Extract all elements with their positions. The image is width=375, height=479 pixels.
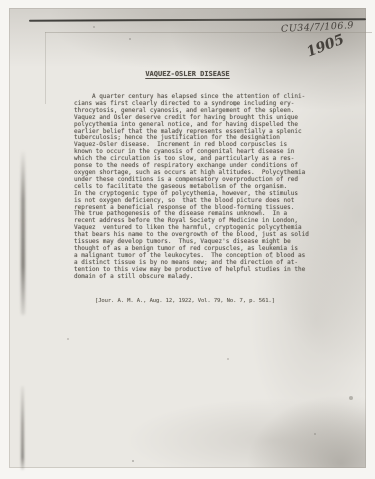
left-edge-smudge-lower — [21, 386, 24, 470]
sheet-left-edge — [45, 32, 46, 104]
scan-dust-specks — [9, 8, 11, 10]
document-citation: [Jour. A. M. A., Aug. 12, 1922, Vol. 79,… — [95, 298, 275, 304]
left-edge-smudge-upper — [21, 150, 25, 315]
document-title: VAQUEZ-OSLER DISEASE — [0, 70, 375, 78]
document-body-text: A quarter century has elapsed since the … — [74, 94, 309, 280]
scanned-document-screenshot: CU34/7/106.9 1905 VAQUEZ-OSLER DISEASE A… — [0, 0, 375, 479]
